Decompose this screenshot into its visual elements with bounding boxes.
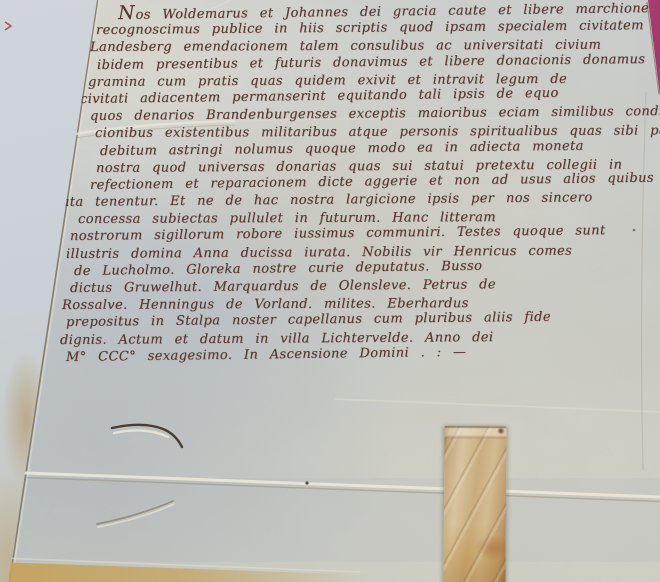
parchment-document: Nos Woldemarus et Johannes dei gracia ca… [0,0,660,582]
manuscript-text-block: Nos Woldemarus et Johannes dei gracia ca… [0,5,660,366]
photo-frame: Nos Woldemarus et Johannes dei gracia ca… [0,0,660,582]
shade-below-crease [0,478,660,562]
seal-tag-strip [443,426,506,582]
red-edge-mark [3,19,15,33]
ink-speck [305,481,308,484]
